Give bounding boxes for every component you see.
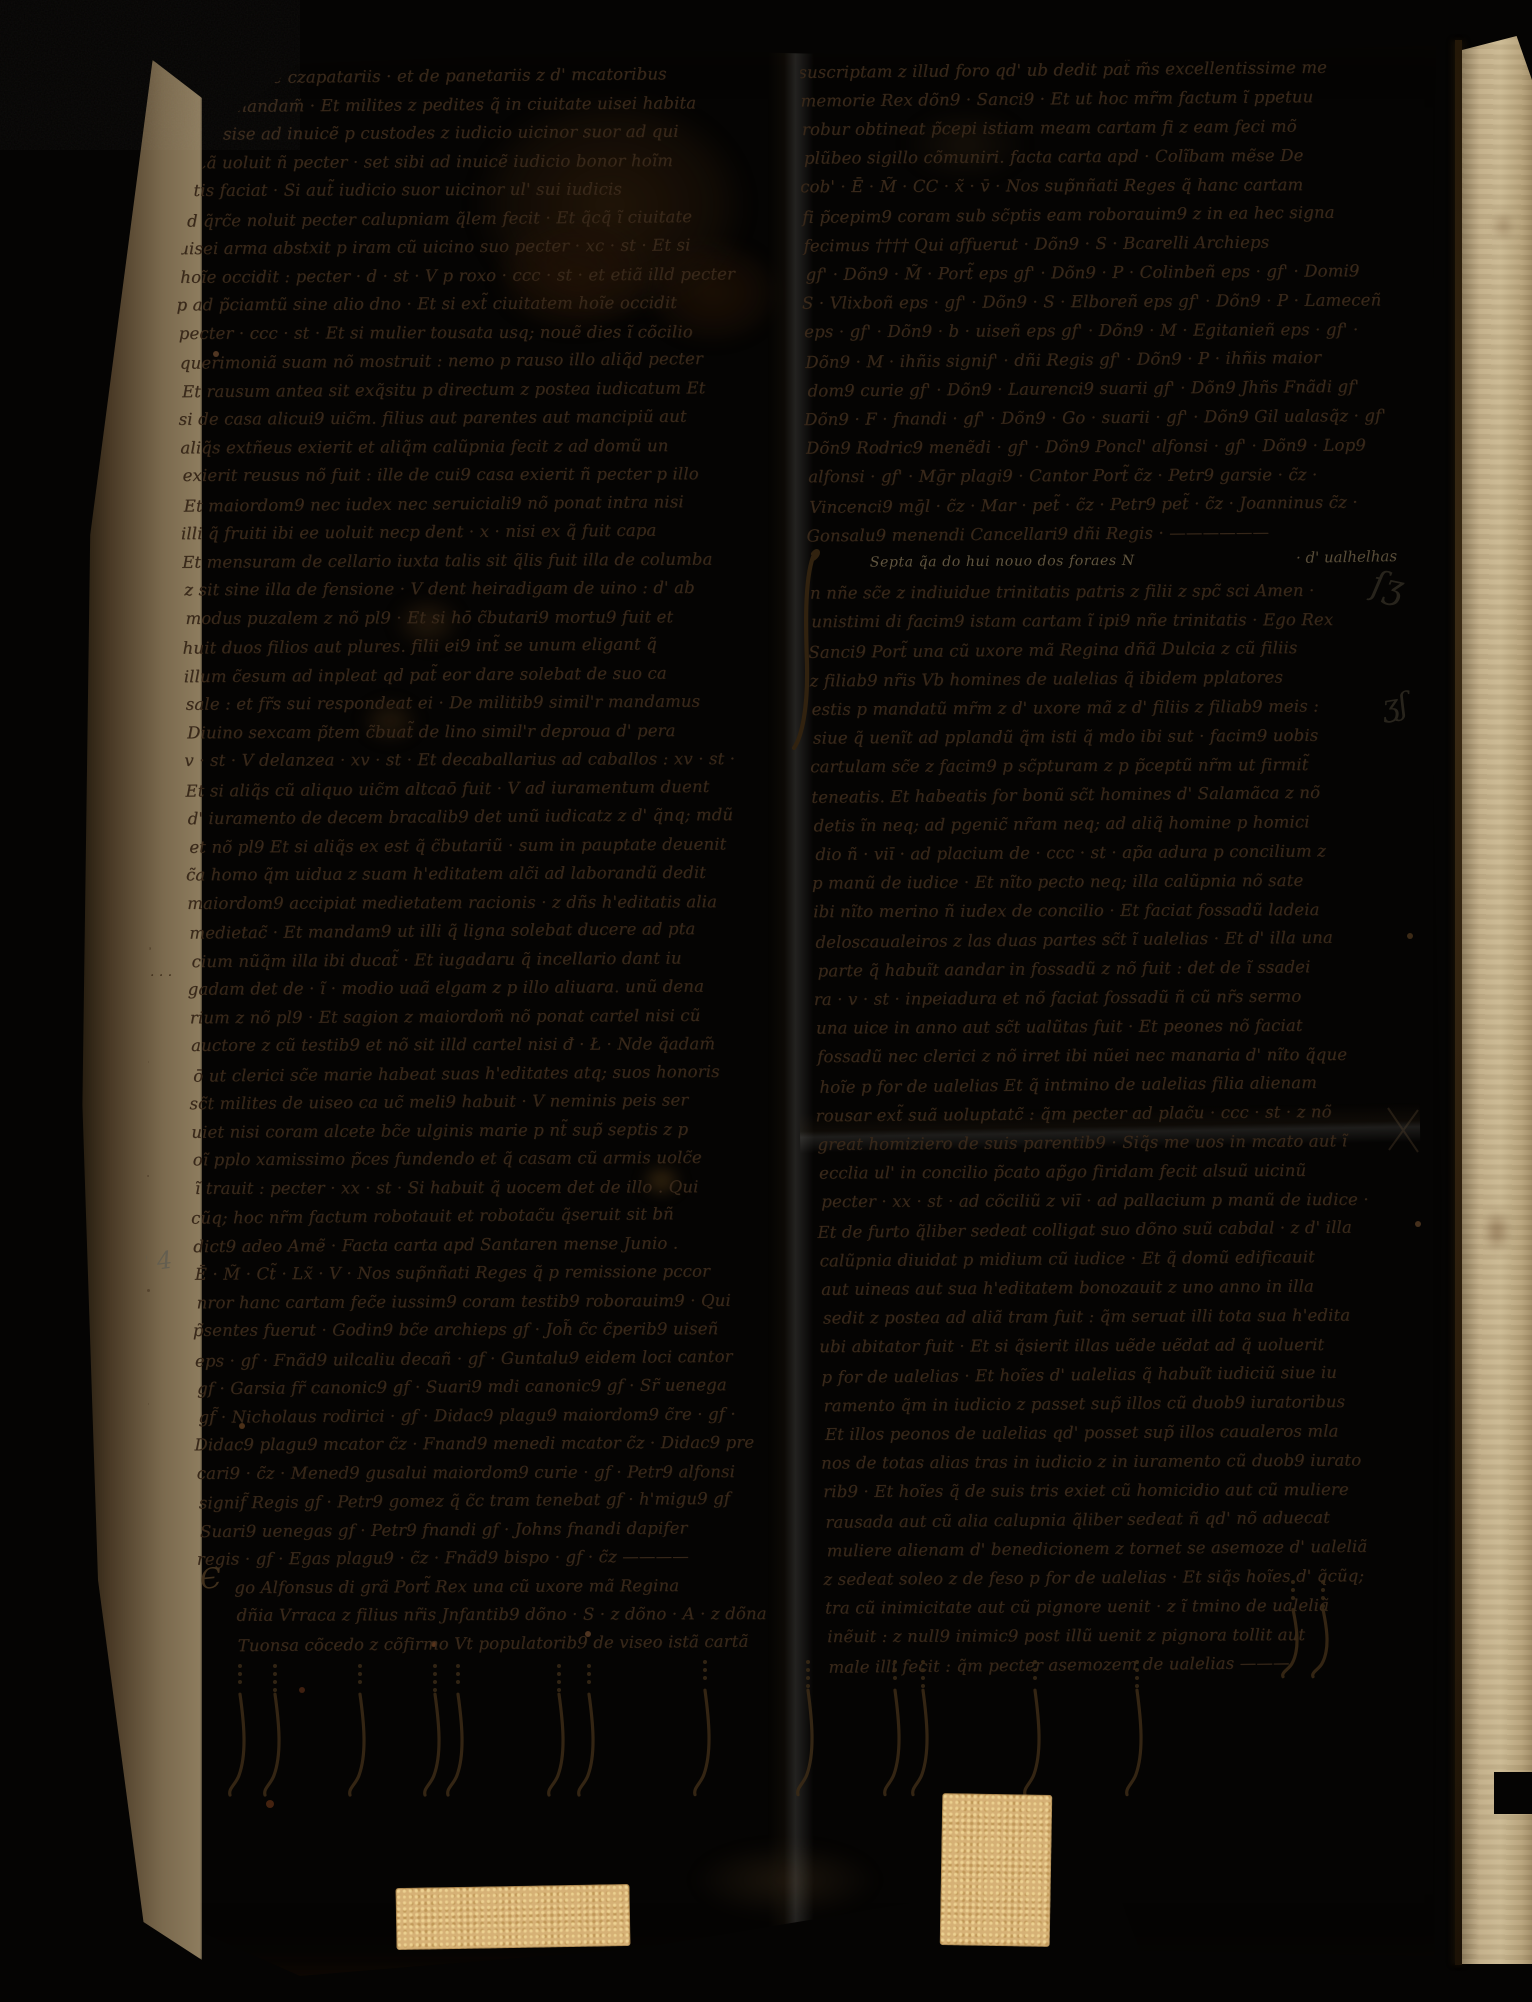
- manuscript-line: ubi abitator fuit · Et si q̃sierit illas…: [820, 1335, 1406, 1366]
- manuscript-line: uerĩt sise ad inuicẽ p custodes z iudici…: [177, 121, 778, 153]
- text-column-right: suscriptam z illud foro qd' ub dedit pat…: [800, 58, 1407, 1710]
- manuscript-line: exierit reusus nõ fuit : ille de cui9 ca…: [182, 464, 780, 494]
- manuscript-line: hoĩe occidit : pecter · d · st · V p rox…: [180, 264, 778, 296]
- manuscript-line: dict9 adeo Amẽ · Facta carta apd Santare…: [193, 1232, 784, 1265]
- parchment-page: pecter · V de czapatariis · et de paneta…: [0, 0, 1532, 2002]
- manuscript-line: rium z nõ pl9 · Et sagion z maiordom̃ nõ…: [189, 1005, 783, 1036]
- manuscript-line: v · st · V delanzea · xv · st · Et decab…: [184, 749, 781, 779]
- manuscript-line: Diuino sexcam p̃tem c̃buat̃ de lino simi…: [187, 720, 781, 751]
- pen-flourish: [882, 1658, 908, 1810]
- manuscript-line: regis · gf · Egas plagu9 · c̃z · Fnãd9 b…: [197, 1546, 787, 1578]
- manuscript-line: Dõn9 · F · fnandi · gf' · Dõn9 · Go · su…: [804, 406, 1399, 439]
- prick-mark: [147, 1175, 149, 1177]
- manuscript-line: fossadũ nec clerici z nõ irret ibi nũei …: [817, 1045, 1403, 1076]
- manuscript-line: illi q̃ fruiti ibi ee uoluit necp dent ·…: [180, 520, 780, 553]
- margin-note: ſʒ: [1368, 563, 1407, 609]
- manuscript-line: S · Vlixboñ eps · gf' · Dõn9 · S · Elbor…: [802, 290, 1398, 322]
- manuscript-line: querimoniã suam nõ mostruit : nemo p rau…: [180, 348, 779, 382]
- pen-flourish: [546, 1662, 572, 1810]
- manuscript-line: oĩ pplo xamissimo p̃ces fundendo et q̃ c…: [193, 1148, 784, 1179]
- manuscript-line: c̃a homo q̃m uidua z suam h'editatem alc…: [186, 863, 782, 894]
- manuscript-line: p manũ de iudice · Et nĩto pecto neq; il…: [812, 870, 1402, 902]
- manuscript-line: great homiziero de suis parentib9 · Siq̃…: [817, 1131, 1403, 1164]
- manuscript-line: d' iuramento de decem bracalib9 det unũ …: [188, 805, 782, 838]
- pen-flourish: [1022, 1658, 1048, 1810]
- manuscript-photo: pecter · V de czapatariis · et de paneta…: [0, 0, 1532, 2002]
- manuscript-line: medietac̃ · Et mandam9 ut illi q̃ ligna …: [189, 918, 782, 952]
- manuscript-line: escã uoluit ñ pecter · set sibi ad inuic…: [178, 150, 777, 181]
- underlying-page-edge: [1462, 36, 1532, 1964]
- manuscript-line: sedit z postea ad aliã tram fuit : q̃m s…: [823, 1305, 1405, 1337]
- leaf-notch: [1494, 1772, 1532, 1814]
- manuscript-line: dñia Vrraca z filius nr̃is Jnfantib9 dõn…: [200, 1604, 786, 1634]
- manuscript-line: sc̃t milites de uiseo ca uc̃ meli9 habui…: [189, 1090, 783, 1123]
- manuscript-line: Didac9 plagu9 mcator c̃z · Fnand9 menedi…: [195, 1433, 786, 1464]
- manuscript-line: gf' · Dõn9 · M̃ · Port̃ eps gf' · Dõn9 ·…: [806, 261, 1398, 294]
- manuscript-line: n nñe sc̃e z indiuidue trinitatis patris…: [810, 580, 1400, 612]
- manuscript-line: uisei arma abstxit p iram cũ uicino suo …: [178, 235, 778, 268]
- manuscript-line: cũq; hoc nr̃m factum robotauit et robota…: [191, 1203, 784, 1237]
- manuscript-line: et nõ pl9 Et si aliq̃s ex est q̃ c̃butar…: [189, 834, 782, 866]
- manuscript-line: cari9 · c̃z · Mened9 gusalui maiordom9 c…: [197, 1461, 786, 1491]
- manuscript-line: illum c̃esum ad inpleat qd pat̃ eor dare…: [184, 662, 781, 695]
- manuscript-line: go Alfonsus di grã Port̃ Rex una cũ uxor…: [199, 1575, 787, 1606]
- manuscript-line: z filiab9 nr̃is Vb homines de ualelias q…: [810, 667, 1401, 701]
- pen-flourish: [910, 1658, 936, 1810]
- manuscript-line: auctore z cũ testib9 et nõ sit illd cart…: [191, 1034, 783, 1064]
- manuscript-line: cium nũq̃m illa ibi ducat̃ · Et iugadaru…: [191, 947, 783, 980]
- manuscript-line: memorie Rex dõn9 · Sanci9 · Et ut hoc mr…: [800, 87, 1396, 121]
- manuscript-line: signif̃ Regis gf · Petr9 gomez q̃ c̃c tr…: [198, 1488, 786, 1522]
- manuscript-line: rib9 · Et hoĩes q̃ de suis tris exiet cũ…: [823, 1480, 1406, 1511]
- manuscript-line: aut uineas aut sua h'editatem bonozauit …: [821, 1276, 1405, 1309]
- manuscript-line: ra · v · st · inpeiadura et nõ faciat fo…: [814, 986, 1403, 1019]
- manuscript-line: modus puzalem z nõ pl9 · Et si hō c̃buta…: [186, 606, 781, 636]
- text-column-left: pecter · V de czapatariis · et de paneta…: [175, 64, 787, 1682]
- manuscript-line: calũpnia diuidat p midium cũ iudice · Et…: [819, 1247, 1404, 1281]
- pen-flourish: [227, 1662, 253, 1810]
- manuscript-line: uiet nisi coram alcete bc̃e ulginis mari…: [191, 1119, 783, 1151]
- manuscript-line: maiordom9 accipiat medietatem racionis ·…: [188, 891, 783, 921]
- pen-flourish: [576, 1662, 602, 1810]
- manuscript-line: Et rausum antea sit exq̃situ p directum …: [182, 377, 779, 410]
- manuscript-line: satis faciat · Si aut̃ iudicio suor uici…: [175, 179, 778, 209]
- manuscript-line: gf · Garsia fr̃ canonic9 gf · Suari9 mdi…: [197, 1375, 786, 1408]
- pen-flourish: [1124, 1658, 1150, 1810]
- manuscript-line: Suari9 uenegas gf · Petr9 fnandi gf · Jo…: [200, 1517, 786, 1550]
- manuscript-line: Dõn9 Rodric9 menẽdi · gf' · Dõn9 Poncl' …: [806, 435, 1399, 467]
- pen-flourish: [262, 1662, 288, 1810]
- manuscript-line: ibi nĩto merino ñ iudex de concilio · Et…: [814, 900, 1403, 931]
- manuscript-line: gadam det de · ĩ · modio uaã elgam z p i…: [188, 976, 783, 1008]
- margin-note: Є: [198, 1561, 223, 1596]
- pen-flourish: [692, 1658, 718, 1810]
- leaf-stain: [1480, 1201, 1514, 1261]
- manuscript-line: pecter · xx · st · ad cõciliũ z viī · ad…: [821, 1190, 1404, 1221]
- manuscript-line: cob' · Ē · M̃ · CC · x̃ · v̄ · Nos sup̃n…: [800, 175, 1397, 206]
- manuscript-line: sale : et fr̃s sui respondeat ei · De mi…: [186, 691, 781, 723]
- manuscript-line: estis p mandatũ mr̃m z d' uxore mã z d' …: [812, 696, 1401, 729]
- manuscript-line: una uice in anno aut sc̃t ualũtas fuit ·…: [816, 1015, 1404, 1047]
- manuscript-line: ĩ trauit : pecter · xx · st · Si habuit …: [195, 1176, 784, 1206]
- manuscript-line: p ad p̃ciamtũ sine alio dno · Et si ext̃…: [177, 293, 779, 324]
- pen-flourish: [1310, 1578, 1336, 1688]
- repair-patch: [395, 1884, 630, 1950]
- manuscript-line: nos de totas alias tras in iudicio z in …: [821, 1450, 1406, 1482]
- manuscript-line: huit duos filios aut plures. filii ei9 i…: [182, 633, 781, 667]
- manuscript-line: pecter · V de czapatariis · et de paneta…: [175, 64, 777, 97]
- manuscript-line: z sit sine illa de fensione · V dent hei…: [184, 578, 780, 609]
- leaf-stain: [1490, 206, 1516, 246]
- manuscript-line: parte q̃ habuĩt aandar in fossadũ z nõ f…: [817, 957, 1403, 991]
- initial-i-flourish: [790, 542, 822, 760]
- manuscript-line: alfonsi · gf' · Mḡr plagi9 · Cantor Port…: [808, 465, 1400, 496]
- manuscript-line: unistimi di facim9 istam cartam ĩ ipi9 n…: [811, 610, 1400, 641]
- manuscript-line: cartulam sc̃e z facim9 p sc̃pturam z p p…: [810, 755, 1401, 786]
- manuscript-line: detis ĩn neq; ad pgenic̃ nr̃am neq; ad a…: [813, 812, 1401, 846]
- manuscript-line: muliere alienam d' benedicionem z tornet…: [827, 1536, 1407, 1570]
- manuscript-line: Et mensuram de cellario iuxta talis sit …: [182, 549, 780, 581]
- manuscript-line: plũbeo sigillo cõmuniri. facta carta apd…: [804, 145, 1397, 177]
- manuscript-line: pecter · ccc · st · Et si mulier tousata…: [179, 322, 779, 352]
- margin-note: · · ·: [150, 968, 172, 984]
- manuscript-line: Ē · M̃ · Ct̃ · Lx̃ · V · Nos sup̃nñati R…: [195, 1261, 785, 1293]
- pen-flourish: [347, 1662, 373, 1810]
- manuscript-line: ecclia ul' in concilio p̃cato ap̃go firi…: [819, 1160, 1404, 1192]
- manuscript-line: si de casa alicui9 uic̃m. filius aut par…: [179, 406, 780, 438]
- manuscript-line: fecimus †††† Qui affuerut · Dõn9 · S · B…: [804, 232, 1398, 266]
- binding-seam: [1455, 40, 1462, 1965]
- pen-flourish: [795, 1658, 821, 1810]
- margin-note: ʒʃ: [1379, 686, 1409, 724]
- manuscript-line: p̃sentes fuerut · Godin9 bc̃e archieps g…: [193, 1319, 785, 1349]
- prick-mark: [147, 1289, 150, 1292]
- ink-flecks: [0, 0, 4, 4]
- pen-flourish: [1280, 1578, 1306, 1688]
- manuscript-line: aliq̃s extñeus exierit et aliq̃m calũpni…: [180, 435, 779, 466]
- manuscript-line: eps · gf' · Dõn9 · b · uiseñ eps gf' · D…: [804, 320, 1398, 351]
- manuscript-line: rousar ext̃ suã uoluptatc̃ : q̃m pecter …: [816, 1102, 1404, 1136]
- manuscript-line: dom9 curie gf' · Dõn9 · Laurenci9 suarii…: [807, 377, 1398, 411]
- pen-flourish: [445, 1662, 471, 1810]
- manuscript-line: siue q̃ uenĩt ad pplandũ q̃m isti q̃ mdo…: [813, 725, 1401, 757]
- manuscript-line: robur obtineat p̃cepi istiam meam cartam…: [802, 116, 1397, 149]
- manuscript-line: Et illos peonos de ualelias qd' posset s…: [825, 1421, 1406, 1454]
- manuscript-line: gf̃ · Nicholaus rodirici · gf · Didac9 p…: [198, 1404, 785, 1436]
- manuscript-line: dio ñ · viī · ad placium de · ccc · st ·…: [815, 841, 1402, 874]
- manuscript-line: ramento q̃m in iudicio z passet sup̃ ill…: [823, 1392, 1406, 1426]
- manuscript-line: nror hanc cartam fec̃e iussim9 coram tes…: [197, 1290, 785, 1321]
- manuscript-line: simile mandam̃ · Et milites z pedites q̃…: [175, 92, 777, 125]
- repair-patch: [940, 1793, 1053, 1947]
